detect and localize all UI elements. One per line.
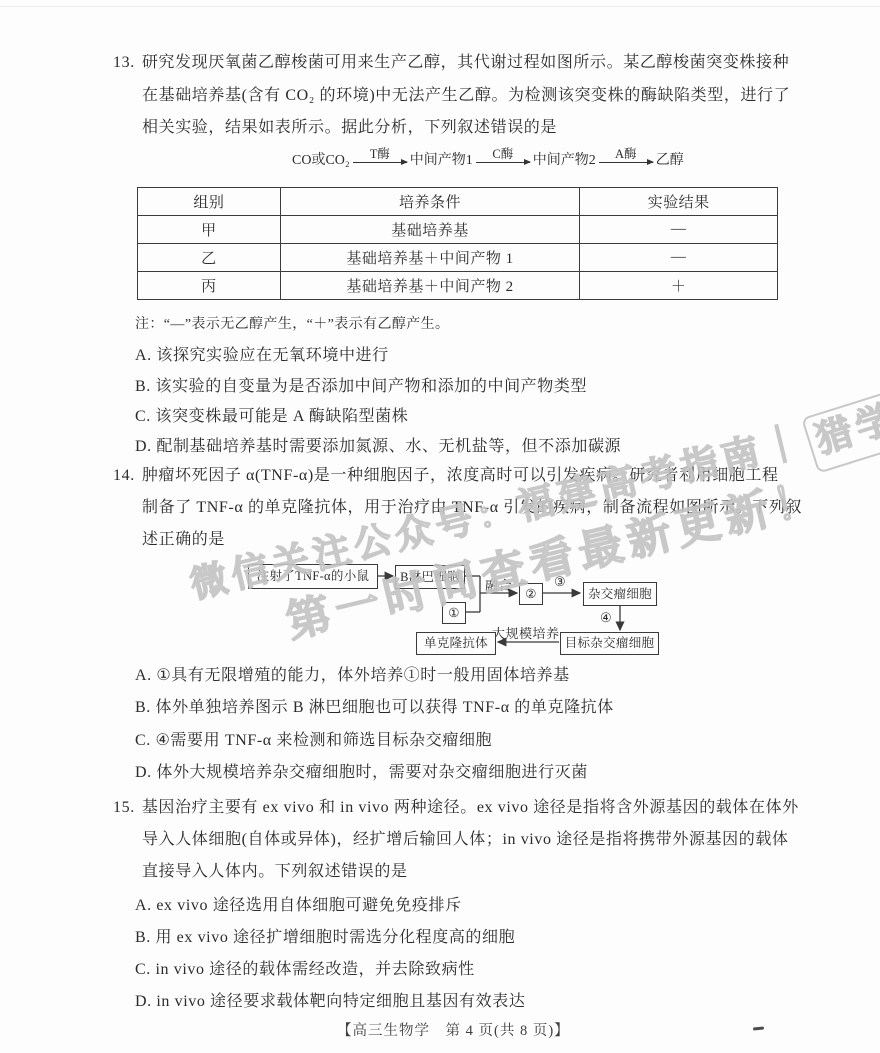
q13-stem-line-3: 相关实验，结果如表所示。据此分析，下列叙述错误的是 xyxy=(142,118,557,138)
pathway-arrow-3: A酶 xyxy=(599,147,653,170)
arrow-right-icon xyxy=(599,162,653,163)
q15-option-a: A. ex vivo 途径选用自体细胞可避免免疫排斥 xyxy=(135,896,462,916)
cell-result: — xyxy=(580,244,778,272)
cell-result: — xyxy=(580,216,778,244)
exam-page: 13.研究发现厌氧菌乙醇梭菌可用来生产乙醇，其代谢过程如图所示。某乙醇梭菌突变株… xyxy=(0,0,880,1053)
cell-result: ＋ xyxy=(580,272,778,300)
pathway-enzyme-t: T酶 xyxy=(370,147,390,161)
watermark-stamp: 猎学网 xyxy=(801,376,880,474)
table-row: 丙 基础培养基＋中间产物 2 ＋ xyxy=(138,272,778,300)
flow-box-hybridoma: 杂交瘤细胞 xyxy=(583,582,657,606)
table-header-group: 组别 xyxy=(138,188,281,216)
q13-option-b: B. 该实验的自变量为是否添加中间产物和添加的中间产物类型 xyxy=(135,377,587,397)
q15-stem-line-1: 15.基因治疗主要有 ex vivo 和 in vivo 两种途径。ex viv… xyxy=(113,798,799,818)
q15-number: 15. xyxy=(113,799,135,816)
q13-experiment-table: 组别 培养条件 实验结果 甲 基础培养基 — 乙 基础培养基＋中间产物 1 — … xyxy=(137,187,778,300)
page-footer: 【高三生物学 第 4 页(共 8 页)】 xyxy=(337,1019,570,1040)
q13-option-d: D. 配制基础培养基时需要添加氮源、水、无机盐等，但不添加碳源 xyxy=(135,437,621,457)
q13-number: 13. xyxy=(113,54,135,71)
cell-condition: 基础培养基＋中间产物 1 xyxy=(280,244,580,272)
arrow-right-icon xyxy=(353,162,407,163)
q15-option-d: D. in vivo 途径要求载体靶向特定细胞且基因有效表达 xyxy=(135,992,525,1012)
q13-note: 注：“—”表示无乙醇产生，“＋”表示有乙醇产生。 xyxy=(135,313,449,333)
table-row: 乙 基础培养基＋中间产物 1 — xyxy=(138,244,778,272)
pathway-enzyme-c: C酶 xyxy=(492,147,513,161)
table-header-result: 实验结果 xyxy=(580,188,778,216)
flow-label-fusion: 融合 xyxy=(485,575,512,594)
pathway-arrow-1: T酶 xyxy=(353,147,407,170)
pathway-intermediate-2: 中间产物2 xyxy=(531,152,598,170)
pathway-substrate: CO或CO₂ xyxy=(290,152,352,170)
flow-box-b-lymphocyte: B淋巴细胞 xyxy=(395,565,465,589)
table-header-condition: 培养条件 xyxy=(280,188,580,216)
q14-option-c: C. ④需要用 TNF-α 来检测和筛选目标杂交瘤细胞 xyxy=(135,731,492,751)
table-header-row: 组别 培养条件 实验结果 xyxy=(138,188,778,216)
q14-option-a: A. ①具有无限增殖的能力，体外培养①时一般用固体培养基 xyxy=(135,666,570,686)
pathway-enzyme-a: A酶 xyxy=(615,147,637,161)
cell-group: 乙 xyxy=(138,244,281,272)
q13-stem-line-2: 在基础培养基(含有 CO₂ 的环境)中无法产生乙醇。为检测该突变株的酶缺陷类型，… xyxy=(142,86,790,106)
q15-stem-line-2: 导入人体细胞(自体或异体)，经扩增后输回人体；in vivo 途径是指将携带外源… xyxy=(142,830,789,850)
scan-edge xyxy=(0,6,880,7)
cell-group: 丙 xyxy=(138,272,281,300)
q15-stem-line-3: 直接导入人体内。下列叙述错误的是 xyxy=(142,862,408,882)
pathway-arrow-2: C酶 xyxy=(476,147,530,170)
q15-option-b: B. 用 ex vivo 途径扩增细胞时需选分化程度高的细胞 xyxy=(135,928,515,948)
q14-stem-line-1: 14.肿瘤坏死因子 α(TNF-α)是一种细胞因子，浓度高时可以引发疾病。研究者… xyxy=(113,466,779,486)
q14-stem-text-1: 肿瘤坏死因子 α(TNF-α)是一种细胞因子，浓度高时可以引发疾病。研究者利用细… xyxy=(142,467,779,484)
pathway-intermediate-1: 中间产物1 xyxy=(408,152,475,170)
q15-stem-text-1: 基因治疗主要有 ex vivo 和 in vivo 两种途径。ex vivo 途… xyxy=(142,799,799,816)
cell-condition: 基础培养基＋中间产物 2 xyxy=(280,272,580,300)
q13-stem-text-1: 研究发现厌氧菌乙醇梭菌可用来生产乙醇，其代谢过程如图所示。某乙醇梭菌突变株接种 xyxy=(142,54,789,71)
q15-option-c: C. in vivo 途径的载体需经改造，并去除致病性 xyxy=(135,960,475,980)
cell-group: 甲 xyxy=(138,216,281,244)
flow-label-mass-culture: 大规模培养 xyxy=(492,623,560,642)
q14-option-b: B. 体外单独培养图示 B 淋巴细胞也可以获得 TNF-α 的单克隆抗体 xyxy=(135,698,614,718)
flow-box-target-hybridoma: 目标杂交瘤细胞 xyxy=(560,632,659,655)
ink-mark xyxy=(753,1026,764,1030)
q14-stem-line-3: 述正确的是 xyxy=(142,530,225,550)
pathway-product: 乙醇 xyxy=(654,152,686,170)
q14-flowchart: 注射了TNF-α的小鼠 B淋巴细胞 ① 融合 ② ③ 杂交瘤细胞 ④ 大规模培养… xyxy=(240,560,670,656)
q14-option-d: D. 体外大规模培养杂交瘤细胞时，需要对杂交瘤细胞进行灭菌 xyxy=(135,763,588,783)
q13-stem-line-1: 13.研究发现厌氧菌乙醇梭菌可用来生产乙醇，其代谢过程如图所示。某乙醇梭菌突变株… xyxy=(113,53,789,73)
q13-option-a: A. 该探究实验应在无氧环境中进行 xyxy=(135,346,389,366)
q13-pathway-diagram: CO或CO₂ T酶 中间产物1 C酶 中间产物2 A酶 乙醇 xyxy=(290,147,686,170)
q14-stem-line-2: 制备了 TNF-α 的单克隆抗体，用于治疗由 TNF-α 引发的疾病，制备流程如… xyxy=(142,498,802,518)
flow-label-step4: ④ xyxy=(600,610,612,626)
flow-label-step3: ③ xyxy=(554,574,566,590)
q13-option-c: C. 该突变株最可能是 A 酶缺陷型菌株 xyxy=(135,407,408,427)
flow-box-step1: ① xyxy=(442,602,466,624)
flow-box-injected-mouse: 注射了TNF-α的小鼠 xyxy=(248,564,378,589)
cell-condition: 基础培养基 xyxy=(280,216,580,244)
q14-number: 14. xyxy=(113,467,135,484)
flow-box-step2: ② xyxy=(519,583,543,605)
flow-box-monoclonal-antibody: 单克隆抗体 xyxy=(416,632,496,655)
arrow-right-icon xyxy=(476,162,530,163)
table-row: 甲 基础培养基 — xyxy=(138,216,778,244)
